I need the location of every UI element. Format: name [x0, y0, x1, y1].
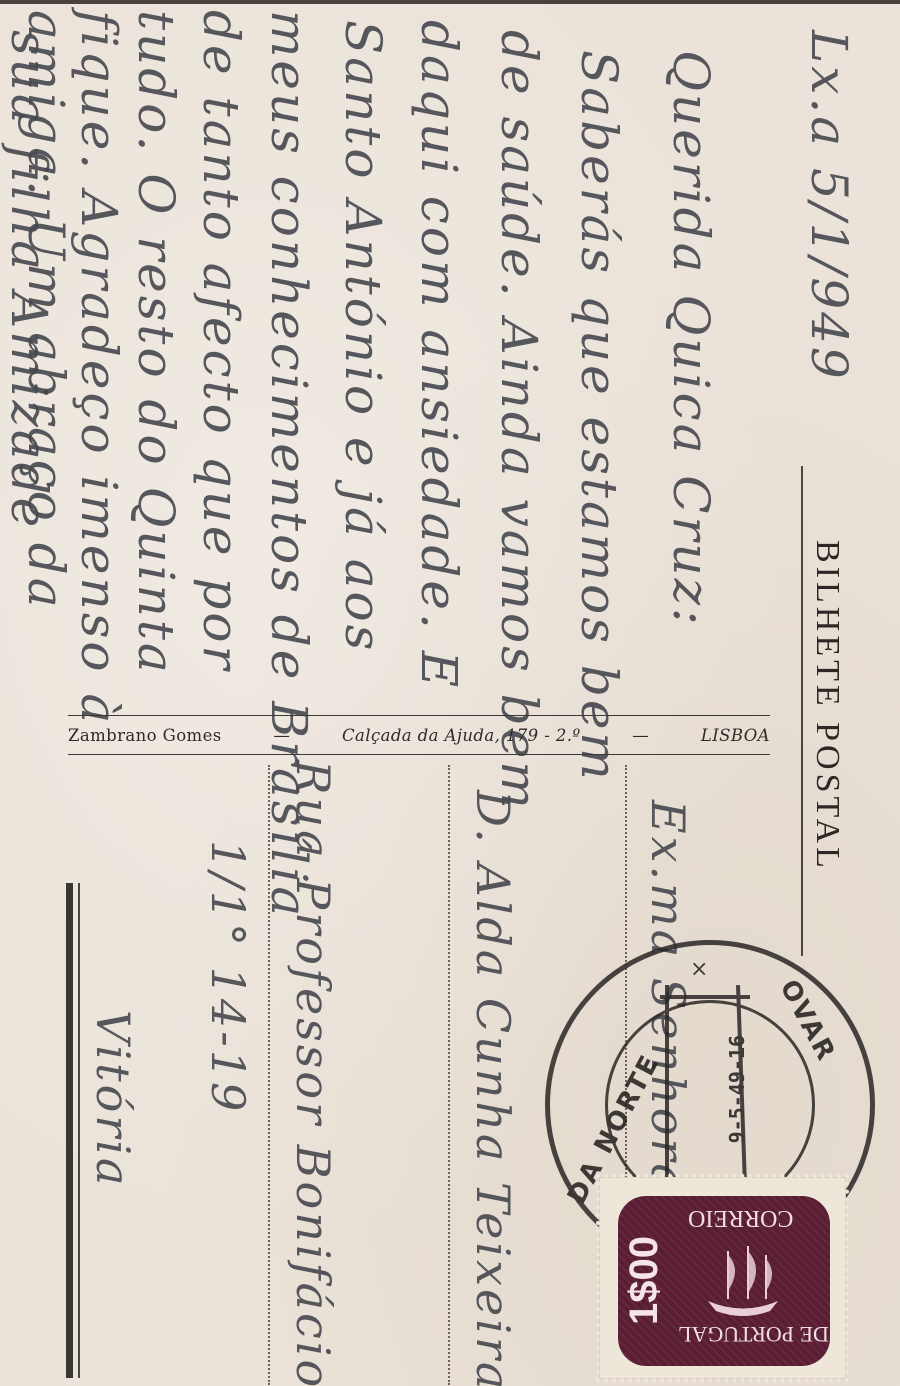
address-handwriting: D. Alda Cunha Teixeira: [466, 790, 520, 1386]
postage-stamp: CORREIO 1$00 DE PORTUGAL: [600, 1178, 845, 1378]
postmark-bar: [665, 985, 669, 1195]
address-handwriting: Rua Professor Bonifácio: [286, 760, 340, 1386]
handwritten-line: Querida Quica Cruz:: [662, 50, 720, 628]
stamp-value: 1$00: [622, 1236, 667, 1325]
printer-imprint: Zambrano Gomes — Calçada da Ajuda, 179 -…: [68, 715, 770, 755]
handwritten-line: fique. Agradeço imenso à: [70, 10, 128, 726]
postmark-star: ×: [690, 957, 708, 982]
handwritten-line: Saberás que estamos bem: [570, 50, 628, 783]
separator: —: [632, 726, 649, 745]
address-handwriting: 1/1° 14-19: [201, 840, 255, 1114]
postcard-back: Lx.a 5/1/949 Querida Quica Cruz: Saberás…: [0, 0, 900, 1386]
handwritten-line: de saúde. Ainda vamos bem: [490, 30, 548, 812]
handwritten-line: de tanto afecto que por: [192, 10, 250, 672]
stamp-caption-top: CORREIO: [688, 1204, 793, 1231]
separator: —: [273, 726, 290, 745]
handwritten-date: Lx.a 5/1/949: [800, 30, 858, 382]
card-title: BILHETE POSTAL: [808, 540, 846, 872]
stamp-face: CORREIO 1$00 DE PORTUGAL: [618, 1196, 830, 1366]
address-line: [448, 765, 450, 1385]
handwritten-line: Santo António e já aos: [334, 20, 392, 653]
postmark-date: 9-5-49-16: [725, 1035, 749, 1143]
handwritten-line: tudo. O resto do Quinta: [127, 10, 185, 676]
card-edge: [0, 0, 900, 4]
stamp-caption-bottom: DE PORTUGAL: [678, 1321, 829, 1347]
signature-bar: [66, 883, 73, 1378]
printer-name: Zambrano Gomes: [68, 726, 222, 745]
divider-line: [801, 466, 803, 956]
address-line: [268, 765, 270, 1385]
signature-rule: [78, 883, 80, 1378]
caravel-ship-icon: [698, 1241, 788, 1321]
signature: Vitória: [86, 1010, 140, 1188]
printer-address: Calçada da Ajuda, 179 - 2.º: [342, 726, 581, 745]
handwritten-line: daqui com ansiedade. E: [410, 20, 468, 690]
printer-city: LISBOA: [701, 726, 770, 745]
handwritten-line: sua filha Amizade: [0, 30, 58, 530]
